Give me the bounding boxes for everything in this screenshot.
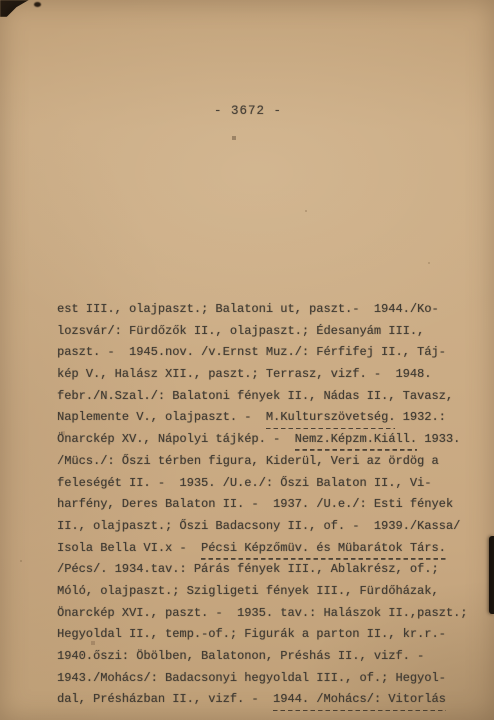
text-segment: 1933. (417, 432, 460, 446)
text-segment: Naplemente V., olajpaszt. - (57, 410, 266, 424)
text-line: Isola Bella VI.x - Pécsi Képzőmüv. és Mü… (57, 538, 482, 560)
scan-edge-artifact (489, 536, 494, 614)
text-line: feleségét II. - 1935. /U.e./: Őszi Balat… (57, 473, 482, 495)
text-segment: feleségét II. - 1935. /U.e./: Őszi Balat… (57, 476, 431, 490)
text-segment: 1940.őszi: Öbölben, Balatonon, Préshás I… (57, 649, 424, 663)
text-segment: II., olajpaszt.; Őszi Badacsony II., of.… (57, 519, 460, 533)
text-segment: Hegyoldal II., temp.-of.; Figurák a part… (57, 627, 446, 641)
underlined-text-segment: Nemz.Képzm.Kiáll. (295, 432, 417, 451)
text-segment: Önarckép XV., Nápolyi tájkép. - (57, 432, 295, 446)
text-segment: est III., olajpaszt.; Balatoni ut, paszt… (57, 302, 439, 316)
text-line: II., olajpaszt.; Őszi Badacsony II., of.… (57, 516, 482, 538)
text-segment: 1943./Mohács/: Badacsonyi hegyoldal III.… (57, 671, 446, 685)
text-line: paszt. - 1945.nov. /v.Ernst Muz./: Férfi… (57, 342, 482, 364)
underlined-text-segment: M.Kulturszövetség. (266, 410, 396, 429)
text-segment: Önarckép XVI., paszt. - 1935. tav.: Halá… (57, 606, 467, 620)
text-line: febr./N.Szal./: Balatoni fények II., Nád… (57, 386, 482, 408)
text-segment: harfény, Deres Balaton II. - 1937. /U.e.… (57, 497, 453, 511)
text-line: harfény, Deres Balaton II. - 1937. /U.e.… (57, 494, 482, 516)
text-line: kép V., Halász XII., paszt.; Terrasz, vi… (57, 364, 482, 386)
page-number: - 3672 - (214, 104, 282, 118)
text-line: /Mücs./: Őszi térben figura, Kiderül, Ve… (57, 451, 482, 473)
text-line: dal, Présházban II., vizf. - 1944. /Mohá… (57, 689, 482, 711)
text-line: 1943./Mohács/: Badacsonyi hegyoldal III.… (57, 668, 482, 690)
text-line: Naplemente V., olajpaszt. - M.Kulturszöv… (57, 407, 482, 429)
text-segment: dal, Présházban II., vizf. - (57, 692, 273, 706)
text-line: lozsvár/: Fürdőzők II., olajpaszt.; Édes… (57, 321, 482, 343)
text-segment: 1932.: (395, 410, 445, 424)
scan-corner-dot-artifact (34, 2, 41, 7)
underlined-text-segment: 1944. /Mohács/: Vitorlás (273, 692, 446, 711)
text-segment: Móló, olajpaszt.; Szigligeti fények III.… (57, 584, 439, 598)
text-segment: lozsvár/: Fürdőzők II., olajpaszt.; Édes… (57, 324, 424, 338)
text-segment: /Pécs/. 1934.tav.: Párás fények III., Ab… (57, 562, 439, 576)
text-line: 1940.őszi: Öbölben, Balatonon, Préshás I… (57, 646, 482, 668)
paper-speckles (0, 0, 2, 2)
text-line: /Pécs/. 1934.tav.: Párás fények III., Ab… (57, 559, 482, 581)
typewritten-text-block: est III., olajpaszt.; Balatoni ut, paszt… (57, 299, 482, 711)
scanned-document-page: - 3672 - est III., olajpaszt.; Balatoni … (0, 0, 494, 720)
text-line: Önarckép XVI., paszt. - 1935. tav.: Halá… (57, 603, 482, 625)
text-segment: Isola Bella VI.x - (57, 541, 201, 555)
text-line: Móló, olajpaszt.; Szigligeti fények III.… (57, 581, 482, 603)
text-line: Önarckép XV., Nápolyi tájkép. - Nemz.Kép… (57, 429, 482, 451)
text-line: Hegyoldal II., temp.-of.; Figurák a part… (57, 624, 482, 646)
text-line: est III., olajpaszt.; Balatoni ut, paszt… (57, 299, 482, 321)
underlined-text-segment: Pécsi Képzőmüv. és Mübarátok Társ. (201, 541, 446, 560)
text-segment: febr./N.Szal./: Balatoni fények II., Nád… (57, 389, 453, 403)
text-segment: /Mücs./: Őszi térben figura, Kiderül, Ve… (57, 454, 439, 468)
scan-corner-artifact (0, 0, 30, 17)
text-segment: kép V., Halász XII., paszt.; Terrasz, vi… (57, 367, 431, 381)
text-segment: paszt. - 1945.nov. /v.Ernst Muz./: Férfi… (57, 345, 446, 359)
